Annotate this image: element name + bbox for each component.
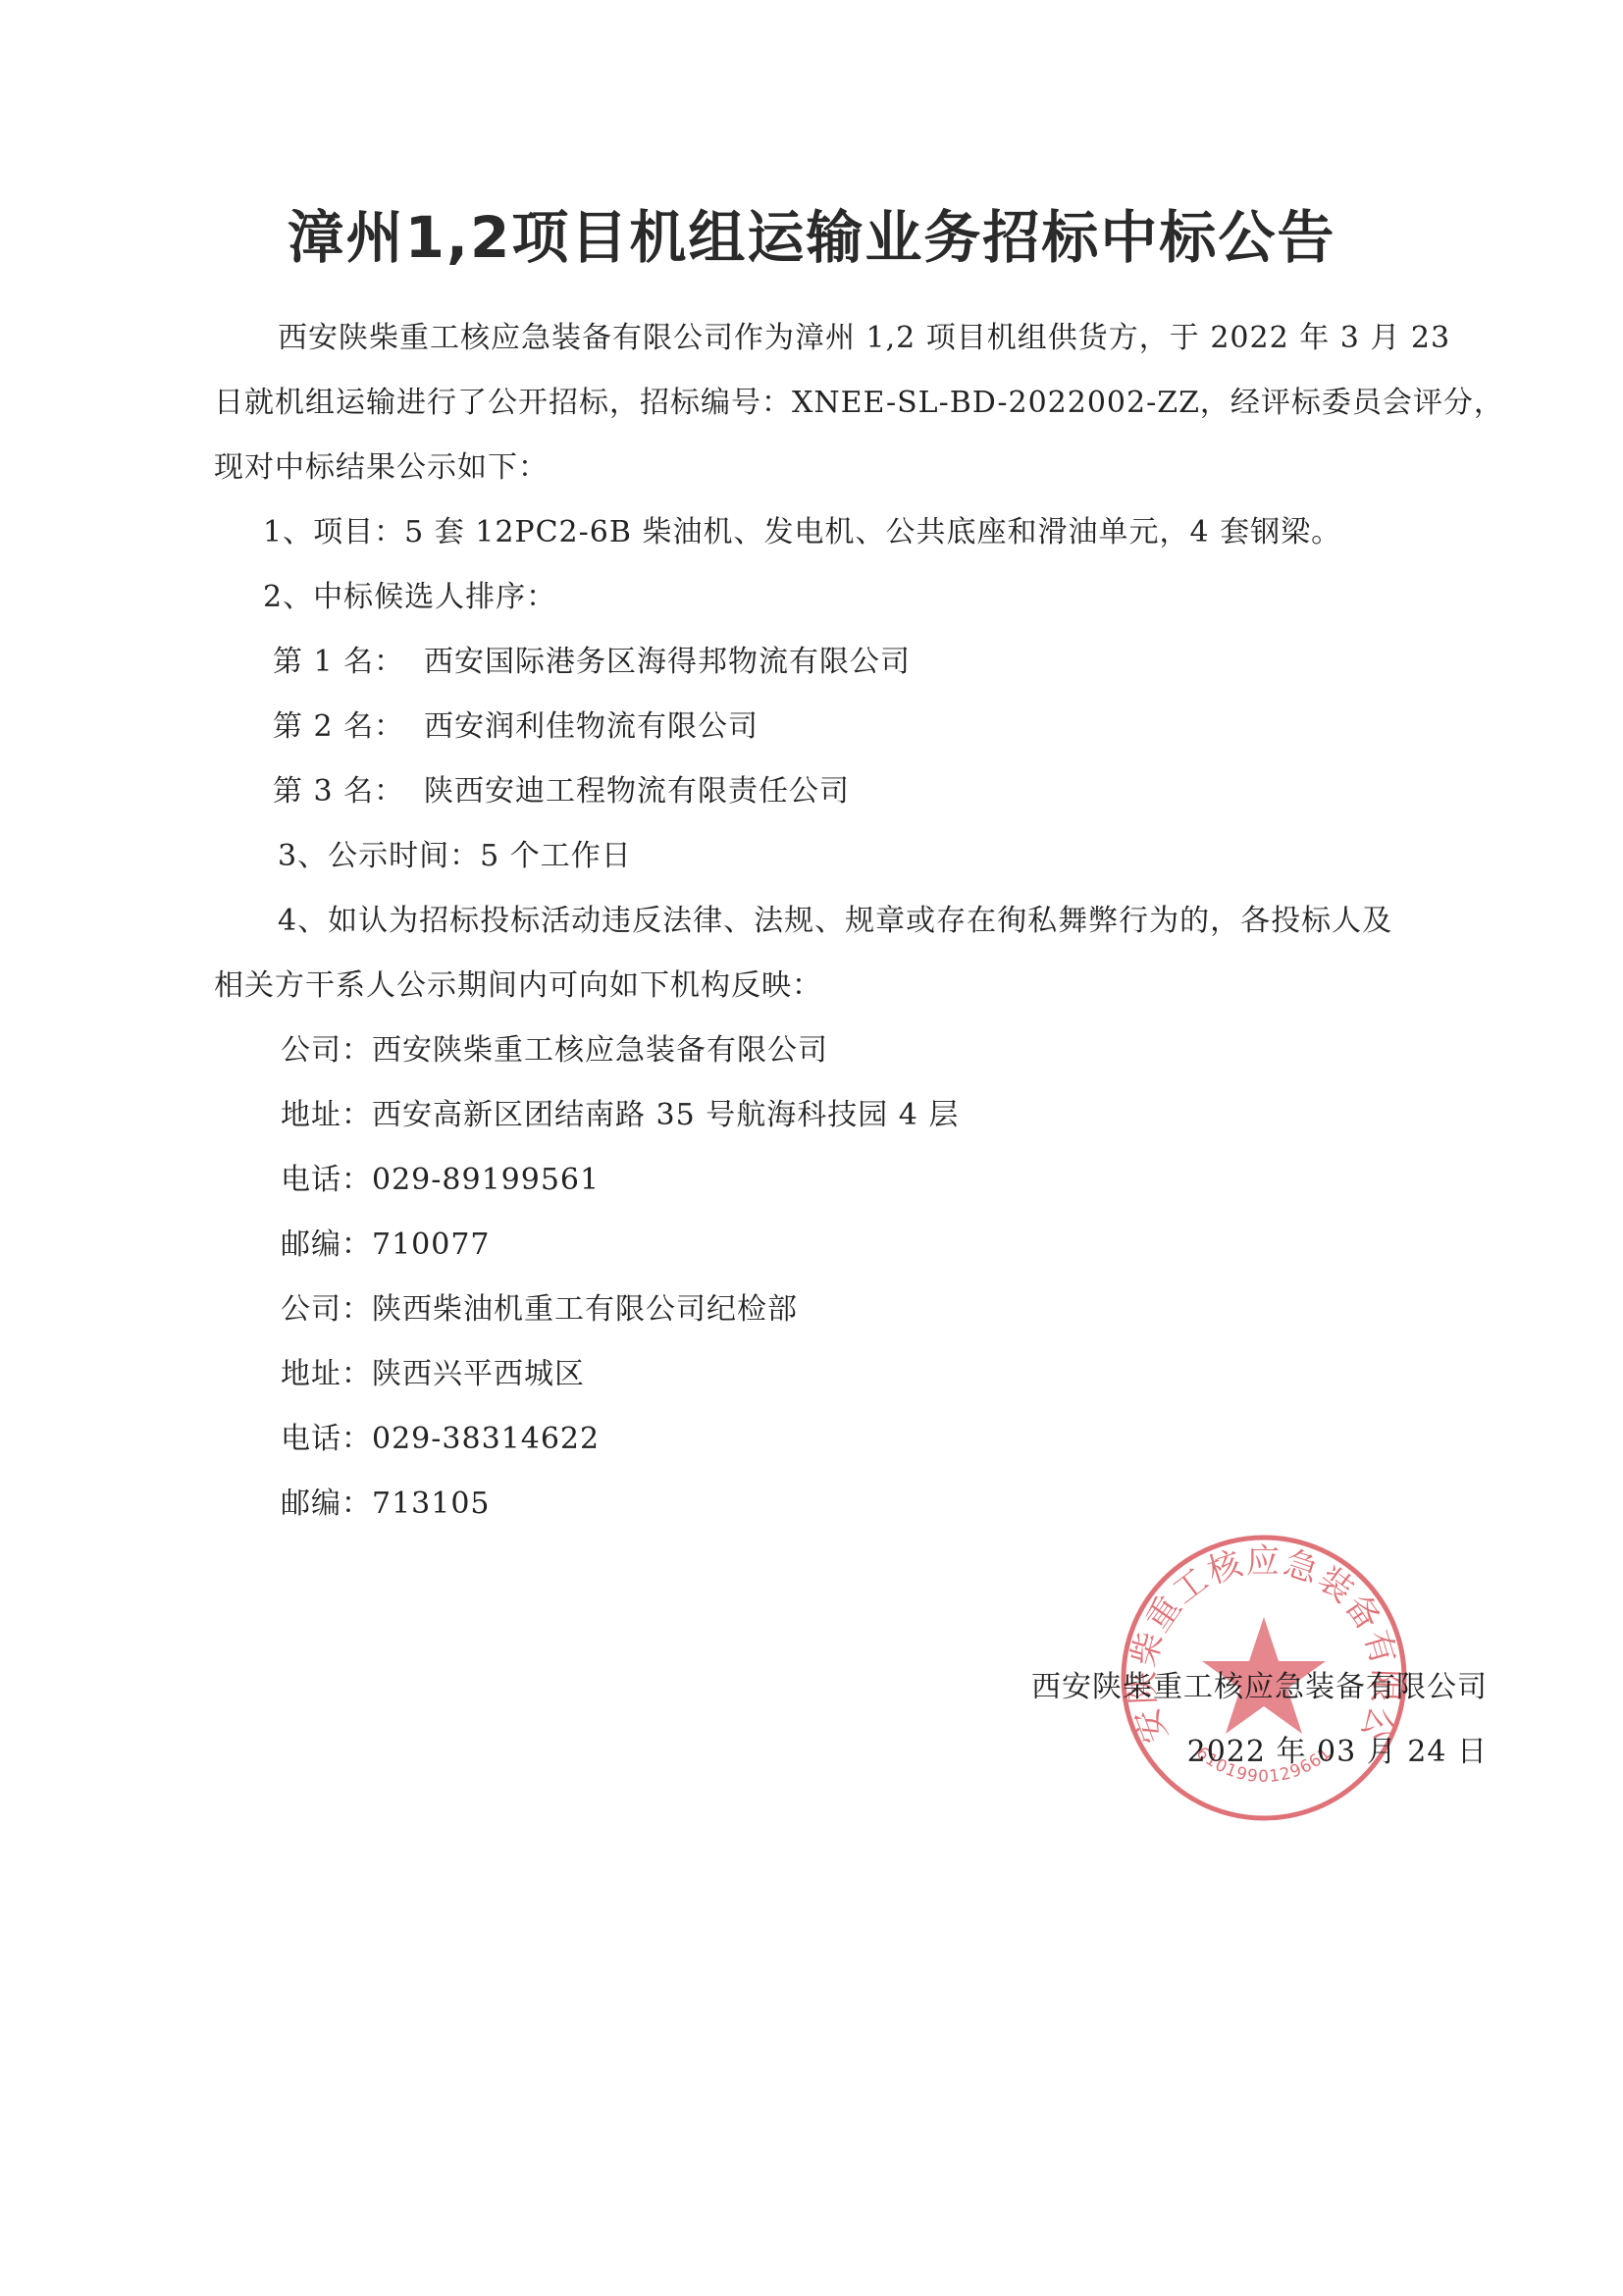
contact-2-postcode: 邮编：713105 xyxy=(281,1485,491,1524)
intro-line-3: 现对中标结果公示如下： xyxy=(214,448,549,488)
ranking-label: 第 3 名： xyxy=(273,772,424,811)
ranking-row-1: 第 1 名：西安国际港务区海得邦物流有限公司 xyxy=(273,643,911,682)
intro-line-1: 西安陕柴重工核应急装备有限公司作为漳州 1,2 项目机组供货方，于 2022 年… xyxy=(278,319,1450,358)
contact-2-phone: 电话：029-38314622 xyxy=(281,1420,600,1459)
signature-date: 2022 年 03 月 24 日 xyxy=(1187,1733,1488,1772)
ranking-label: 第 2 名： xyxy=(273,707,424,747)
contact-1-address: 地址：西安高新区团结南路 35 号航海科技园 4 层 xyxy=(281,1096,959,1135)
item-ranking-heading: 2、中标候选人排序： xyxy=(263,578,556,617)
ranking-company: 西安国际港务区海得邦物流有限公司 xyxy=(424,645,911,679)
signature-company: 西安陕柴重工核应急装备有限公司 xyxy=(1031,1668,1488,1707)
ranking-company: 西安润利佳物流有限公司 xyxy=(424,709,759,744)
contact-2-address: 地址：陕西兴平西城区 xyxy=(281,1355,585,1394)
ranking-label: 第 1 名： xyxy=(273,643,424,682)
item-publicity-period: 3、公示时间：5 个工作日 xyxy=(278,837,632,876)
item-complaint-line-2: 相关方干系人公示期间内可向如下机构反映： xyxy=(214,966,822,1006)
item-complaint-line-1: 4、如认为招标投标活动违反法律、法规、规章或存在徇私舞弊行为的，各投标人及 xyxy=(278,902,1392,941)
ranking-row-2: 第 2 名：西安润利佳物流有限公司 xyxy=(273,707,759,747)
ranking-company: 陕西安迪工程物流有限责任公司 xyxy=(424,774,850,809)
intro-line-2: 日就机组运输进行了公开招标，招标编号：XNEE-SL-BD-2022002-ZZ… xyxy=(214,384,1504,423)
contact-1-phone: 电话：029-89199561 xyxy=(281,1161,600,1200)
contact-1-postcode: 邮编：710077 xyxy=(281,1226,491,1265)
document-page: 漳州1,2项目机组运输业务招标中标公告 西安陕柴重工核应急装备有限公司作为漳州 … xyxy=(0,0,1623,2296)
contact-1-company: 公司：西安陕柴重工核应急装备有限公司 xyxy=(281,1031,828,1070)
item-project: 1、项目：5 套 12PC2-6B 柴油机、发电机、公共底座和滑油单元，4 套钢… xyxy=(263,513,1341,552)
document-title: 漳州1,2项目机组运输业务招标中标公告 xyxy=(0,202,1623,273)
ranking-row-3: 第 3 名：陕西安迪工程物流有限责任公司 xyxy=(273,772,850,811)
contact-2-company: 公司：陕西柴油机重工有限公司纪检部 xyxy=(281,1290,798,1330)
